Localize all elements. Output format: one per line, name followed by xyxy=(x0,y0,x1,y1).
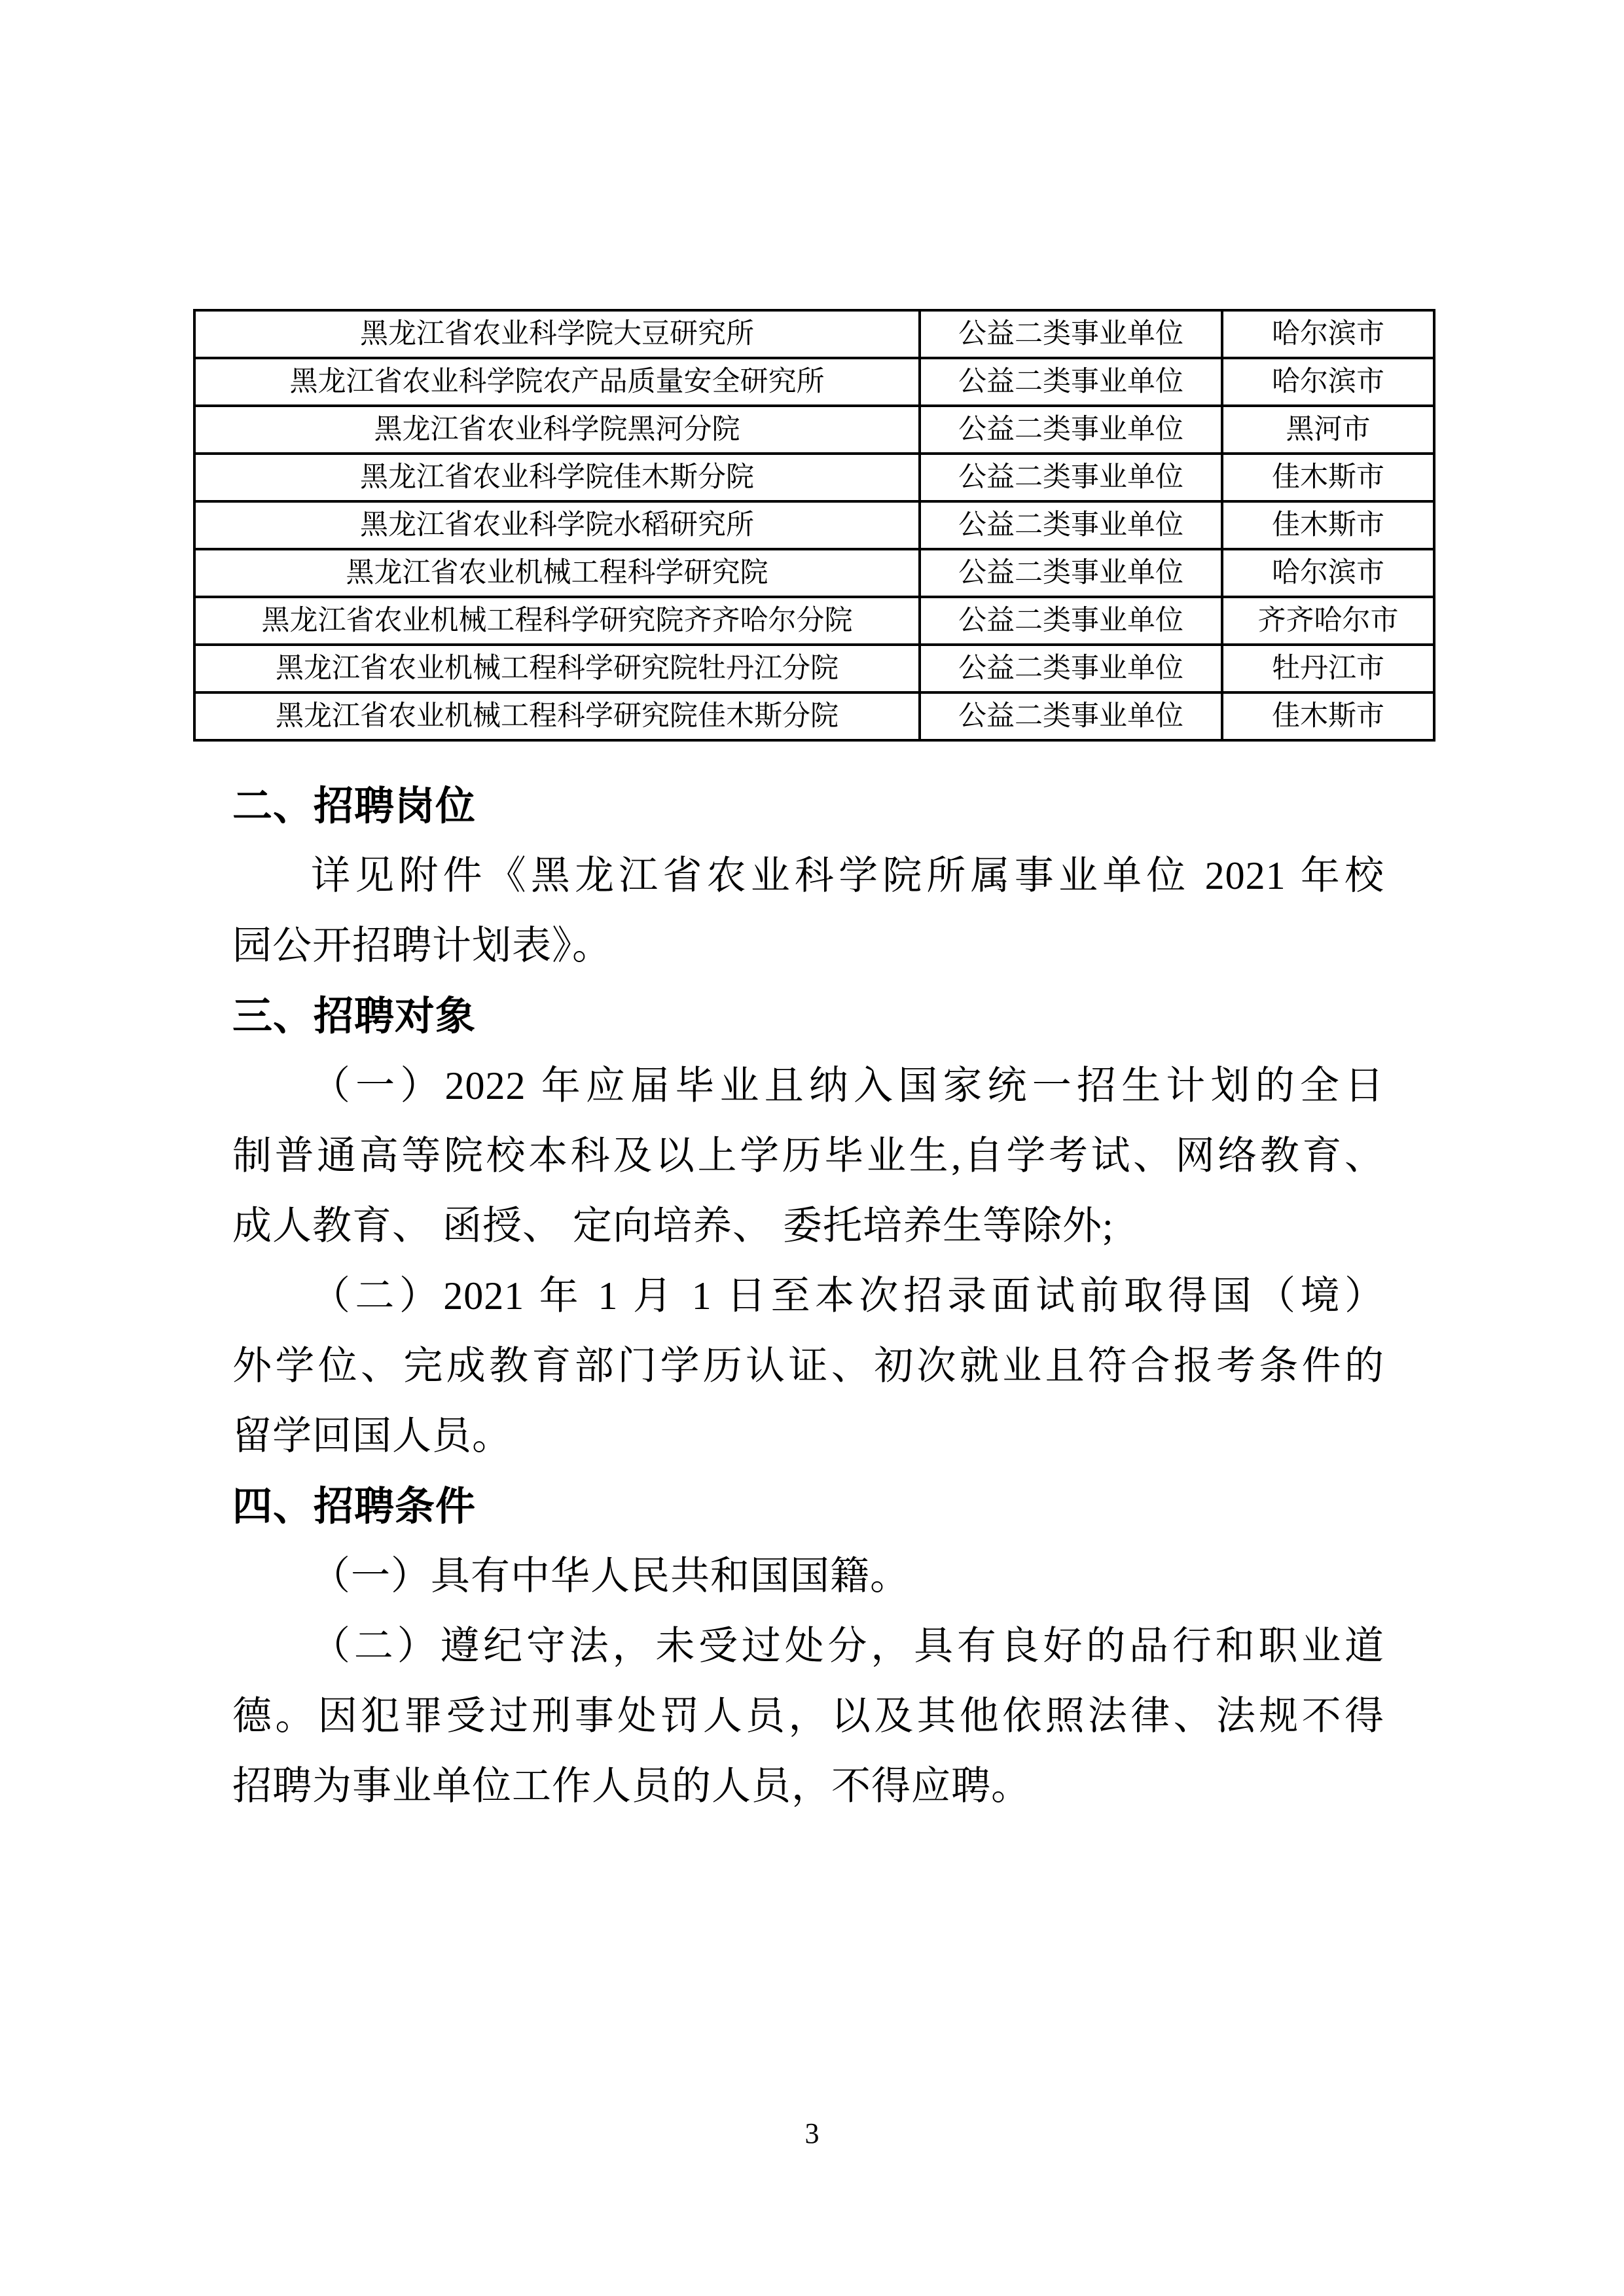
unit-name-cell: 黑龙江省农业机械工程科学研究院齐齐哈尔分院 xyxy=(194,597,920,645)
table-row: 黑龙江省农业科学院水稻研究所 公益二类事业单位 佳木斯市 xyxy=(194,501,1434,549)
body-line: 留学回国人员。 xyxy=(232,1401,1384,1471)
body-line: （一）具有中华人民共和国国籍。 xyxy=(232,1541,1384,1611)
document-body: 二、招聘岗位 详见附件《黑龙江省农业科学院所属事业单位 2021 年校 园公开招… xyxy=(232,771,1384,1821)
section-heading-recruitment-positions: 二、招聘岗位 xyxy=(232,771,1384,841)
unit-name-cell: 黑龙江省农业科学院黑河分院 xyxy=(194,406,920,454)
unit-name-cell: 黑龙江省农业科学院佳木斯分院 xyxy=(194,454,920,501)
unit-type-cell: 公益二类事业单位 xyxy=(920,597,1222,645)
unit-type-cell: 公益二类事业单位 xyxy=(920,406,1222,454)
unit-name-cell: 黑龙江省农业科学院大豆研究所 xyxy=(194,310,920,358)
table-row: 黑龙江省农业科学院黑河分院 公益二类事业单位 黑河市 xyxy=(194,406,1434,454)
table-row: 黑龙江省农业机械工程科学研究院齐齐哈尔分院 公益二类事业单位 齐齐哈尔市 xyxy=(194,597,1434,645)
body-line: 详见附件《黑龙江省农业科学院所属事业单位 2021 年校 xyxy=(232,841,1384,911)
body-line: 园公开招聘计划表》。 xyxy=(232,911,1384,981)
table-row: 黑龙江省农业机械工程科学研究院佳木斯分院 公益二类事业单位 佳木斯市 xyxy=(194,692,1434,740)
unit-name-cell: 黑龙江省农业科学院农产品质量安全研究所 xyxy=(194,358,920,406)
document-page: 黑龙江省农业科学院大豆研究所 公益二类事业单位 哈尔滨市 黑龙江省农业科学院农产… xyxy=(0,0,1624,2296)
table-row: 黑龙江省农业科学院大豆研究所 公益二类事业单位 哈尔滨市 xyxy=(194,310,1434,358)
table-row: 黑龙江省农业机械工程科学研究院 公益二类事业单位 哈尔滨市 xyxy=(194,549,1434,597)
unit-type-cell: 公益二类事业单位 xyxy=(920,310,1222,358)
unit-city-cell: 佳木斯市 xyxy=(1222,454,1434,501)
unit-city-cell: 佳木斯市 xyxy=(1222,692,1434,740)
unit-city-cell: 哈尔滨市 xyxy=(1222,310,1434,358)
unit-type-cell: 公益二类事业单位 xyxy=(920,692,1222,740)
body-line: 德。因犯罪受过刑事处罚人员，以及其他依照法律、法规不得 xyxy=(232,1681,1384,1751)
unit-type-cell: 公益二类事业单位 xyxy=(920,645,1222,692)
unit-type-cell: 公益二类事业单位 xyxy=(920,454,1222,501)
body-line: 成人教育、 函授、 定向培养、 委托培养生等除外; xyxy=(232,1191,1384,1261)
unit-name-cell: 黑龙江省农业机械工程科学研究院牡丹江分院 xyxy=(194,645,920,692)
unit-city-cell: 哈尔滨市 xyxy=(1222,549,1434,597)
unit-type-cell: 公益二类事业单位 xyxy=(920,358,1222,406)
page-number: 3 xyxy=(0,2119,1624,2148)
unit-city-cell: 牡丹江市 xyxy=(1222,645,1434,692)
recruitment-units-table: 黑龙江省农业科学院大豆研究所 公益二类事业单位 哈尔滨市 黑龙江省农业科学院农产… xyxy=(193,309,1435,742)
unit-city-cell: 佳木斯市 xyxy=(1222,501,1434,549)
table-row: 黑龙江省农业机械工程科学研究院牡丹江分院 公益二类事业单位 牡丹江市 xyxy=(194,645,1434,692)
body-line: 外学位、完成教育部门学历认证、初次就业且符合报考条件的 xyxy=(232,1331,1384,1401)
body-line: （二）遵纪守法，未受过处分，具有良好的品行和职业道 xyxy=(232,1611,1384,1681)
body-line: 招聘为事业单位工作人员的人员，不得应聘。 xyxy=(232,1751,1384,1821)
body-line: 制普通高等院校本科及以上学历毕业生,自学考试、网络教育、 xyxy=(232,1121,1384,1191)
table-row: 黑龙江省农业科学院农产品质量安全研究所 公益二类事业单位 哈尔滨市 xyxy=(194,358,1434,406)
body-line: （二）2021 年 1 月 1 日至本次招录面试前取得国（境） xyxy=(232,1261,1384,1331)
unit-name-cell: 黑龙江省农业科学院水稻研究所 xyxy=(194,501,920,549)
section-heading-recruitment-conditions: 四、招聘条件 xyxy=(232,1471,1384,1541)
body-line: （一）2022 年应届毕业且纳入国家统一招生计划的全日 xyxy=(232,1051,1384,1121)
unit-city-cell: 哈尔滨市 xyxy=(1222,358,1434,406)
section-heading-recruitment-targets: 三、招聘对象 xyxy=(232,981,1384,1051)
unit-type-cell: 公益二类事业单位 xyxy=(920,501,1222,549)
unit-name-cell: 黑龙江省农业机械工程科学研究院 xyxy=(194,549,920,597)
unit-city-cell: 齐齐哈尔市 xyxy=(1222,597,1434,645)
unit-name-cell: 黑龙江省农业机械工程科学研究院佳木斯分院 xyxy=(194,692,920,740)
unit-type-cell: 公益二类事业单位 xyxy=(920,549,1222,597)
table-row: 黑龙江省农业科学院佳木斯分院 公益二类事业单位 佳木斯市 xyxy=(194,454,1434,501)
unit-city-cell: 黑河市 xyxy=(1222,406,1434,454)
